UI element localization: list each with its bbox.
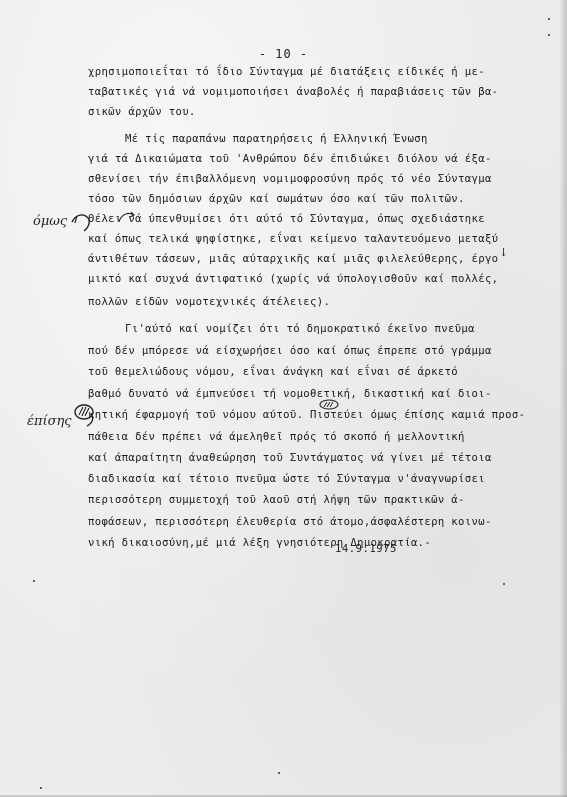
text-line: ποφάσεων, περισσότερη έλευθερία στό άτομ… xyxy=(88,516,492,528)
text-line: περισσότερη συμμετοχή τοῦ λαοῦ στή λήψη … xyxy=(88,494,465,506)
page-number: - 10 - xyxy=(0,47,567,61)
text-line: πάθεια δέν πρέπει νά άμεληθεῖ πρός τό σκ… xyxy=(88,431,465,443)
insertion-arrow-icon xyxy=(70,212,94,234)
scan-speck xyxy=(548,34,550,36)
text-line: σικῶν άρχῶν του. xyxy=(88,106,196,118)
text-line: κητική έφαρμογή τοῦ νόμου αύτοῦ. Πιστεύε… xyxy=(88,409,525,421)
handwritten-margin-note: όμως xyxy=(33,214,67,229)
paragraph-start-line: Μέ τίς παραπάνω παρατηρήσεις ή Ελληνική … xyxy=(125,133,428,145)
scan-speck xyxy=(548,18,550,20)
scanned-document-page: - 10 - χρησιμοποιεΐται τό ΐδιο Σύνταγμα … xyxy=(0,0,567,797)
text-line: διαδικασία καί τέτοιο πνεῦμα ώστε τό Σύν… xyxy=(88,473,485,485)
page-edge-shadow xyxy=(559,0,567,797)
circled-strikeout-icon xyxy=(72,402,98,428)
text-line: καί άπαραίτητη άναθεώρηση τοῦ Συντάγματο… xyxy=(88,452,492,464)
insertion-caret-icon xyxy=(118,210,138,222)
document-date: 14.9.1975 xyxy=(335,543,397,555)
text-line: τοῦ θεμελιώδους νόμου, εΐναι άνάγκη καί … xyxy=(88,366,458,378)
text-line: άντιθέτων τάσεων, μιᾶς αύταρχικῆς καί μι… xyxy=(88,253,498,265)
text-line: σθενίσει τήν έπιβαλλόμενη νομιμοφροσύνη … xyxy=(88,173,492,185)
paragraph-start-line: Γι'αύτό καί νομίζει ότι τό δημοκρατικό έ… xyxy=(125,323,475,335)
circled-strikeout-icon xyxy=(318,399,340,410)
text-line: μικτό καί συχνά άντιφατικό (χωρίς νά ύπο… xyxy=(88,273,498,285)
text-line: χρησιμοποιεΐται τό ΐδιο Σύνταγμα μέ διατ… xyxy=(88,66,485,78)
text-line: τόσο τῶν δημόσιων άρχῶν καί σωμάτων όσο … xyxy=(88,193,465,205)
text-line: πολλῶν είδῶν νομοτεχνικές άτέλειες). xyxy=(88,296,330,308)
text-line: γιά τά Δικαιώματα τοῦ 'Ανθρώπου δέν έπιδ… xyxy=(88,153,492,165)
text-line: βαθμό δυνατό νά έμπνεύσει τή νομοθετική,… xyxy=(88,388,492,400)
scan-speck xyxy=(503,583,505,585)
handwritten-margin-note: έπίσης xyxy=(27,414,72,429)
scan-speck xyxy=(33,580,35,582)
text-line: ταβατικές γιά νά νομιμοποιήσει άναβολές … xyxy=(88,86,498,98)
text-line: καί όπως τελικά ψηφίστηκε, εΐναι κείμενο… xyxy=(88,233,498,245)
scan-speck xyxy=(278,772,280,774)
text-line: Θέλει νά ύπενθυμίσει ότι αύτό τό Σύνταγμ… xyxy=(88,213,485,225)
scan-speck xyxy=(40,787,42,789)
text-line: πού δέν μπόρεσε νά είσχωρήσει όσο καί όπ… xyxy=(88,345,492,357)
inline-correction-mark: ↓ xyxy=(499,246,508,259)
